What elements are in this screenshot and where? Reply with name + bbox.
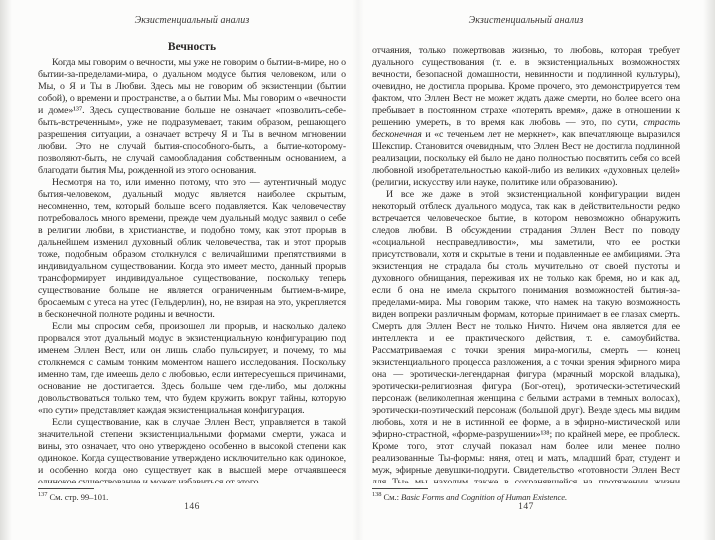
page-number-left: 146 <box>38 502 346 512</box>
running-header-right: Экзистенциальный анализ <box>372 15 680 26</box>
page-right: Экзистенциальный анализ отчаяния, только… <box>372 0 680 540</box>
paragraph: отчаяния, только пожертвовав жизнью, то … <box>372 45 680 189</box>
page-edge-shadow-left <box>0 0 12 540</box>
paragraph: Если мы спросим себя, произошел ли проры… <box>38 321 346 417</box>
footnote-marker: 138 <box>372 491 381 498</box>
footnote-text: См. стр. 99–101. <box>49 492 108 502</box>
book-spread: Экзистенциальный анализ Вечность Когда м… <box>0 0 715 540</box>
footnote-marker: 137 <box>38 491 47 498</box>
page-left: Экзистенциальный анализ Вечность Когда м… <box>38 0 346 540</box>
paragraph: Несмотря на то, или именно потому, что э… <box>38 177 346 321</box>
paragraph: Когда мы говорим о вечности, мы уже не г… <box>38 57 346 177</box>
page-edge-shadow-right <box>703 0 715 540</box>
footnote-cited-title: Basic Forms and Cognition of Human Exist… <box>401 492 567 502</box>
footnote-text: См.: <box>383 492 401 502</box>
paragraph: Если существование, как в случае Эллен В… <box>38 417 346 483</box>
body-text-right: отчаяния, только пожертвовав жизнью, то … <box>372 45 680 483</box>
running-header-left: Экзистенциальный анализ <box>38 15 346 26</box>
page-gutter-shadow <box>352 0 364 540</box>
footnote-separator <box>372 488 428 489</box>
section-heading: Вечность <box>38 41 346 53</box>
footnote-separator <box>38 488 94 489</box>
body-text-left: Когда мы говорим о вечности, мы уже не г… <box>38 57 346 483</box>
paragraph: И все же даже в этой экзистенциальной ко… <box>372 189 680 483</box>
page-number-right: 147 <box>372 502 680 512</box>
paragraph-segment: отчаяния, только пожертвовав жизнью, то … <box>372 45 680 128</box>
